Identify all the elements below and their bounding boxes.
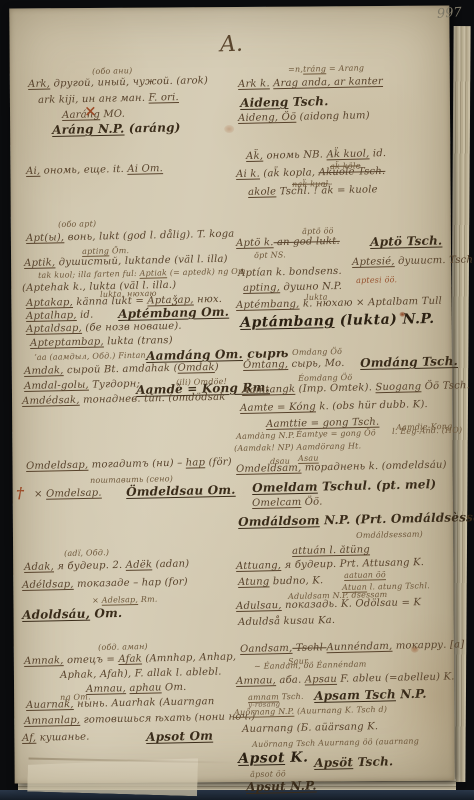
headword: Omdáldsom — [238, 513, 320, 529]
struck-text: Tschl — [292, 642, 326, 654]
gloss: × — [34, 489, 46, 500]
headword: Aptesié, — [352, 256, 395, 268]
gloss: lukta (trans) — [104, 335, 173, 347]
gloss: Tschul. (pt. mel) — [318, 477, 437, 493]
headword: Adak, — [24, 561, 54, 573]
headword: Omelcam — [252, 497, 301, 509]
entry-line: attuán l. ătüng — [292, 545, 370, 557]
gloss: k. (obs hür dubb. K). — [316, 399, 428, 412]
headword: Omdak — [178, 362, 215, 374]
headword: Adéldsap, — [22, 579, 74, 591]
headword: Aideng — [240, 95, 289, 110]
headword: Aptiak — [139, 268, 167, 278]
gloss: (aidong hum) — [296, 110, 370, 123]
headword: Afak — [118, 654, 142, 665]
headword: Ak̈ kuol, — [326, 148, 369, 160]
gloss: Rm. — [138, 595, 158, 604]
gloss: Aduldså kusau Ka. — [238, 615, 335, 628]
headword: Aunnéndam, — [326, 641, 392, 653]
entry-line: Aideng Tsch. — [240, 95, 329, 109]
headword: Aráng N.P. — [52, 121, 125, 137]
gloss-note: Éamtye = gong Öö — [296, 428, 376, 439]
headword: apting, — [243, 282, 280, 294]
gloss-note: dsau — [270, 457, 290, 466]
headword: Omdeldsap, — [26, 460, 88, 472]
headword: Suogang — [375, 381, 421, 393]
ink-smudge — [224, 125, 234, 133]
entry-line: Aptö Tsch. — [370, 234, 442, 248]
gloss: токарру. [a] — [392, 639, 464, 652]
headword: Aptaldsap, — [26, 323, 82, 335]
gloss: (Amnhap, Anhap, — [142, 652, 236, 665]
correction-note: aptesi öö. — [356, 276, 397, 285]
gloss-note: (adï, Обд.) — [64, 548, 109, 558]
headword: Amnanlap, — [24, 715, 80, 727]
gloss-note: äpsot öö — [250, 769, 286, 779]
interlinear-note: dsau — [270, 458, 290, 466]
gloss: K. — [285, 750, 309, 766]
headword: Apsot Om — [146, 729, 213, 744]
margin-mark: † — [16, 486, 24, 501]
entry-line: Atung budno, K. — [238, 576, 323, 588]
headword: Apsot — [238, 750, 285, 767]
headword: Aptakap, — [26, 297, 73, 309]
headword: Aptalhap, — [26, 310, 77, 322]
gloss: нюх. — [194, 294, 223, 306]
gloss: душно N.P. — [280, 281, 342, 293]
headword: Apt(ы), — [26, 232, 64, 244]
interlinear-note: Éomdang Öö — [298, 374, 352, 383]
headword: Aptémbang, — [236, 299, 300, 311]
entry-line: Apsut N.P. — [246, 780, 317, 793]
entry-line: Apsöt Tsch. — [314, 755, 393, 769]
headword: Adulsau, — [236, 600, 282, 612]
gloss: Tsch. — [288, 94, 328, 109]
page-number: 997 — [437, 5, 463, 22]
gloss: =n, — [288, 65, 303, 74]
entry-line: apting Öm. — [82, 247, 129, 256]
headword: hap — [186, 457, 206, 468]
dagger-mark: † — [16, 484, 24, 502]
gloss-note: aptesi öö. — [356, 275, 397, 285]
gloss: (lukta) N.P. — [334, 311, 434, 329]
headword: aatuan öö — [344, 570, 386, 580]
gloss: кушанье. — [36, 732, 90, 744]
entry-line: Aamdàng N.P. — [236, 432, 295, 441]
gloss: (бе нозв новаше). — [82, 321, 182, 334]
entry-line: Omdáng Tsch. — [360, 355, 458, 369]
gloss: ) — [215, 362, 219, 373]
gloss: Öm. — [109, 246, 129, 255]
headword: Attuang, — [236, 560, 281, 572]
gloss-note: (обо ани) — [92, 66, 132, 76]
correction-cross-mark: × — [84, 104, 97, 119]
photo-of-manuscript: 997 A. (обо ани) Ark, другой, иный, чужо… — [0, 0, 474, 800]
entry-line: × Omdelsap. — [34, 489, 102, 500]
gloss: (ak̈ kopla, — [260, 167, 319, 179]
headword: Aamtangk — [242, 384, 295, 396]
headword: aphau — [129, 682, 161, 694]
gloss: аба. — [276, 675, 305, 687]
struck-text: an god lukt. — [273, 236, 339, 248]
headword: Apteptambap, — [30, 336, 104, 349]
headword: Amdédsak, — [22, 395, 80, 407]
headword: Auörnang N.P. — [234, 707, 294, 717]
headword: Aptémbang Om. — [118, 305, 229, 321]
section-heading: A. — [220, 32, 244, 58]
entry-line: Éamtye = gong Öö — [296, 429, 376, 439]
entry-line: (обд. аман) — [98, 643, 148, 652]
headword: Apsau — [305, 674, 337, 686]
headword: Amnau, — [86, 683, 126, 695]
headword: Apsam Tsch — [314, 687, 396, 703]
entry-line: Aráng N.P. (aráng) — [52, 121, 181, 136]
entry-line: × Adelsap, Rm. — [92, 596, 158, 605]
gloss: Öö Tsch. — [421, 380, 470, 392]
headword: F. ori. — [148, 92, 179, 104]
headword: Apsöt — [314, 755, 353, 770]
entry-line: Ömdeldsau Om. — [126, 484, 236, 498]
headword: Ai Om. — [127, 163, 163, 175]
gloss: = Arang — [326, 63, 364, 73]
headword: Ai k. — [236, 169, 260, 180]
gloss: (Imp. Omtek). — [295, 382, 375, 395]
gloss: сырь, Mo. — [288, 358, 345, 370]
gloss: Om. — [162, 682, 187, 694]
headword: Apsut N.P. — [246, 779, 317, 794]
headword: tráng — [303, 64, 326, 73]
gloss: душист. Tsch. — [395, 254, 474, 267]
entry-line: (adï, Обд.) — [64, 549, 109, 558]
headword: Ai, — [26, 166, 40, 177]
headword: Amnak, — [24, 655, 64, 667]
gloss-note: l. Éeg-And. (НО) — [392, 426, 462, 436]
entry-line: (обо apt) — [58, 220, 96, 229]
gloss: Om. — [90, 606, 123, 621]
headword: Omeldam — [252, 480, 318, 495]
cross-mark: × — [84, 102, 97, 120]
gloss: N.P. — [396, 687, 427, 702]
entry-line: Apsot Om — [146, 730, 213, 743]
gloss: ономь, еще. it. — [40, 164, 127, 177]
gloss: budno, K. — [269, 575, 323, 587]
entry-line: Omeldam Tschul. (pt. mel) — [252, 478, 436, 494]
entry-line: äpsot öö — [250, 770, 286, 779]
headword: Ömdeldsau Om. — [126, 483, 236, 499]
headword: Aptö Tsch. — [370, 233, 442, 249]
entry-line: Aptémbang Om. — [118, 306, 229, 320]
headword: Aamdáng Om. — [146, 347, 243, 363]
entry-line: Aptalhap, id. — [26, 311, 94, 322]
gloss: Aptían k. bondsens. — [238, 266, 342, 279]
headword: Ŏmtang, — [243, 359, 288, 371]
gloss-note: Aamdàng N.P. — [236, 431, 295, 441]
entry-line: Apsam Tsch N.P. — [314, 688, 427, 702]
headword: Arag anda, ar kanter — [273, 76, 383, 89]
headword: Af, — [22, 733, 36, 744]
entry-line: Omdáldsessam) — [356, 531, 423, 540]
interlinear-note: =n,tráng = Arang — [288, 64, 364, 74]
headword: attuán l. ătüng — [292, 544, 370, 557]
headword: Aptámbang — [240, 313, 335, 331]
gloss-note: (обд. аман) — [98, 642, 148, 652]
interlinear-note: äptö öö — [302, 227, 334, 236]
headword: Amdal-golы, — [24, 380, 89, 392]
headword: Adëk — [126, 559, 153, 571]
headword: Ak̈, — [246, 151, 263, 162]
entry-line: Aduldså kusau Ka. — [238, 616, 335, 628]
headword: akole — [248, 186, 276, 198]
gloss-note: Omdang Öö — [292, 347, 342, 357]
gloss-note: äptö öö — [302, 226, 334, 236]
gloss-note: Omdáldsessam) — [356, 530, 423, 540]
gloss: Öö. — [301, 497, 322, 508]
interlinear-note: nak̈ kuol — [292, 180, 328, 189]
gloss-note: öpt NS. — [254, 250, 286, 260]
gloss-note: Éomdang Öö — [298, 373, 353, 383]
headword: Amnau, — [236, 675, 276, 687]
gloss: × — [92, 596, 102, 605]
headword: Adoldsáu, — [22, 607, 90, 622]
headword: Ark k. — [238, 78, 270, 90]
headword: Omdáng Tsch. — [360, 354, 458, 370]
entry-line: Omelcam Öö. — [252, 498, 323, 509]
gloss: id. — [77, 310, 94, 321]
gloss: ономь NB. — [263, 149, 327, 161]
headword: Aideng, Öö — [238, 112, 296, 124]
struck-text: ak̈ köle — [330, 161, 361, 171]
interlinear-note: ak̈ köle — [330, 162, 361, 171]
headword: Atung — [238, 576, 270, 588]
gloss: (för) — [205, 457, 232, 469]
interlinear-note: öpt NS. — [254, 251, 286, 260]
headword: Aamte = Kóng — [240, 401, 316, 414]
headword: Auarnak, — [26, 699, 74, 711]
headword: Oandsam, — [240, 643, 293, 655]
gloss: (adan) — [152, 559, 189, 571]
headword: Aptö k. — [236, 237, 274, 249]
headword: Adelsap, — [102, 595, 139, 605]
gloss: MO. — [100, 109, 125, 121]
headword: Amdak, — [24, 365, 64, 377]
entry-line: Apsot K. — [238, 751, 309, 766]
headword: apting — [82, 246, 109, 256]
entry-line: Ŏmtang, сырь, Mo. — [243, 359, 345, 371]
gloss: (= aptedk) ng Om. — [167, 267, 249, 278]
headword: Omdeldsam, — [236, 463, 302, 475]
gloss: id. — [369, 148, 386, 159]
gloss: тогадитъ (ни) – — [88, 458, 186, 471]
gloss: Tsch. — [279, 692, 304, 702]
gloss: отецъ = — [64, 654, 119, 666]
entry-line: l. Éeg-And. (НО) — [392, 427, 462, 436]
entry-line: Af, кушанье. — [22, 733, 90, 744]
interlinear-note: aatuan öö — [344, 571, 386, 580]
struck-text: nak̈ kuol — [292, 179, 328, 189]
gloss-note: (обо apt) — [58, 219, 96, 229]
gloss: Тугдорн; — [89, 379, 140, 391]
gloss: Tsch. — [353, 754, 393, 769]
entry-line: Adoldsáu, Om. — [22, 607, 122, 621]
entry-line: (обо ани) — [92, 67, 132, 76]
headword: Ark, — [28, 79, 50, 90]
entry-line: Amnau, aphau Om. — [86, 683, 187, 695]
gloss: (aráng) — [124, 120, 180, 135]
entry-line: Aptámbang (lukta) N.P. — [240, 312, 435, 330]
headword: Aptik, — [24, 257, 56, 269]
interlinear-note: Omdang Öö — [292, 348, 342, 357]
headword: Omdelsap. — [46, 488, 102, 500]
gloss: я будеир. 2. — [54, 560, 126, 573]
